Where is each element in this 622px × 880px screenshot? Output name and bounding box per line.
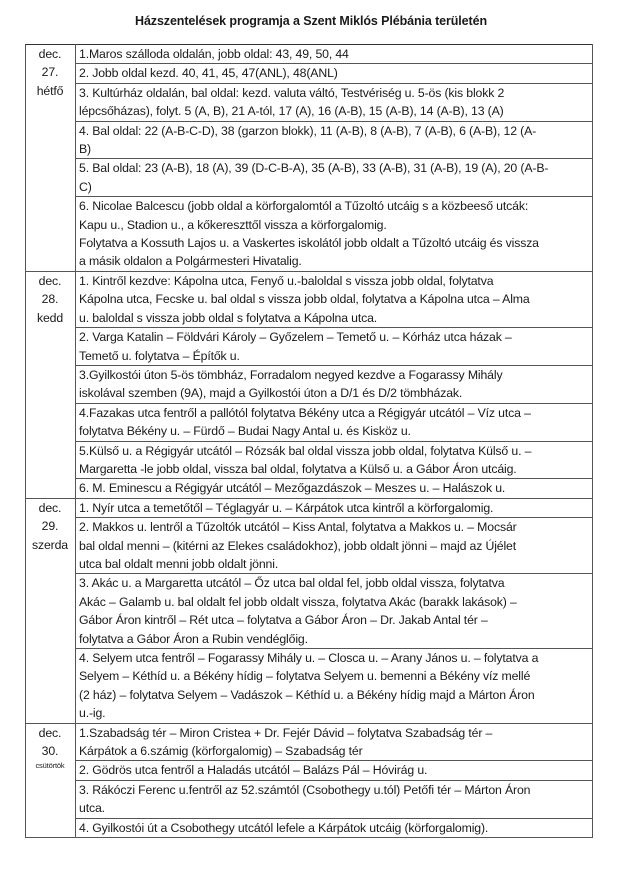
route-item: 6. M. Eminescu a Régigyár utcától – Mező…	[76, 479, 593, 498]
route-line: 1. Nyír utca a temetőtől – Téglagyár u. …	[79, 499, 588, 517]
route-line: lépcsőházas), folyt. 5 (A, B), 21 A-tól,…	[79, 102, 588, 120]
date-day: 30.	[29, 742, 71, 760]
date-month: dec.	[29, 724, 71, 742]
route-item: 5.Külső u. a Régigyár utcától – Rózsák b…	[76, 441, 593, 479]
route-line: Selyem – Kéthíd u. a Békény hídig – foly…	[79, 667, 588, 685]
weekday: hétfő	[29, 82, 71, 100]
schedule-row: 2. Varga Katalin – Földvári Károly – Győ…	[26, 328, 593, 366]
route-line: 1.Szabadság tér – Miron Cristea + Dr. Fe…	[79, 724, 588, 742]
route-item: 6. Nicolae Balcescu (jobb oldal a körfor…	[76, 197, 593, 272]
day-cell: dec.27.hétfő	[26, 45, 76, 272]
route-item: 1. Nyír utca a temetőtől – Téglagyár u. …	[76, 498, 593, 517]
route-line: Margaretta -le jobb oldal, vissza bal ol…	[79, 460, 588, 478]
schedule-row: 5.Külső u. a Régigyár utcától – Rózsák b…	[26, 441, 593, 479]
schedule-row: 3.Gyilkostói úton 5-ös tömbház, Forradal…	[26, 365, 593, 403]
route-item: 3.Gyilkostói úton 5-ös tömbház, Forradal…	[76, 365, 593, 403]
route-item: 2. Makkos u. lentről a Tűzoltók utcától …	[76, 518, 593, 574]
route-line: 2. Gödrös utca fentről a Haladás utcától…	[79, 761, 588, 779]
route-line: 2. Varga Katalin – Földvári Károly – Győ…	[79, 328, 588, 346]
route-line: (2 ház) – folytatva Selyem – Vadászok – …	[79, 686, 588, 704]
route-item: 4. Selyem utca fentről – Fogarassy Mihál…	[76, 649, 593, 724]
route-line: a másik oldalon a Polgármesteri Hivatali…	[79, 252, 588, 270]
route-line: 6. Nicolae Balcescu (jobb oldal a körfor…	[79, 197, 588, 215]
route-line: iskolával szemben (9A), majd a Gyilkostó…	[79, 384, 588, 402]
route-line: 4.Fazakas utca fentről a pallótól folyta…	[79, 404, 588, 422]
route-item: 2. Jobb oldal kezd. 40, 41, 45, 47(ANL),…	[76, 64, 593, 83]
route-item: 1.Szabadság tér – Miron Cristea + Dr. Fe…	[76, 723, 593, 761]
route-item: 2. Varga Katalin – Földvári Károly – Győ…	[76, 328, 593, 366]
schedule-row: 2. Gödrös utca fentről a Haladás utcától…	[26, 761, 593, 780]
route-line: C)	[79, 178, 588, 196]
schedule-row: 3. Kultúrház oldalán, bal oldal: kezd. v…	[26, 83, 593, 121]
route-item: 3. Rákóczi Ferenc u.fentről az 52.számtó…	[76, 780, 593, 818]
schedule-row: 3. Akác u. a Margaretta utcától – Őz utc…	[26, 574, 593, 649]
route-line: Akác – Galamb u. bal oldalt fel jobb old…	[79, 593, 588, 611]
schedule-row: 4. Selyem utca fentről – Fogarassy Mihál…	[26, 649, 593, 724]
schedule-row: 4. Bal oldal: 22 (A-B-C-D), 38 (garzon b…	[26, 121, 593, 159]
day-cell: dec.28.kedd	[26, 271, 76, 498]
route-line: 3. Akác u. a Margaretta utcától – Őz utc…	[79, 574, 588, 592]
route-line: folytatva Békény u. – Fürdő – Budai Nagy…	[79, 422, 588, 440]
route-line: Folytatva a Kossuth Lajos u. a Vaskertes…	[79, 234, 588, 252]
document-title: Házszentelések programja a Szent Miklós …	[0, 14, 622, 28]
route-item: 2. Gödrös utca fentről a Haladás utcától…	[76, 761, 593, 780]
route-line: 3. Rákóczi Ferenc u.fentről az 52.számtó…	[79, 781, 588, 799]
route-line: 1. Kintről kezdve: Kápolna utca, Fenyő u…	[79, 272, 588, 290]
route-line: utca bal oldalt menni jobb oldalt jönni.	[79, 555, 588, 573]
route-line: 5.Külső u. a Régigyár utcától – Rózsák b…	[79, 442, 588, 460]
schedule-table: dec.27.hétfő1.Maros szálloda oldalán, jo…	[25, 44, 593, 838]
schedule-row: 5. Bal oldal: 23 (A-B), 18 (A), 39 (D-C-…	[26, 159, 593, 197]
schedule-row: dec.29.szerda1. Nyír utca a temetőtől – …	[26, 498, 593, 517]
route-item: 4. Bal oldal: 22 (A-B-C-D), 38 (garzon b…	[76, 121, 593, 159]
route-line: u.-ig.	[79, 704, 588, 722]
route-line: Gábor Áron kintről – Rét utca – folytatv…	[79, 611, 588, 629]
route-line: 3. Kultúrház oldalán, bal oldal: kezd. v…	[79, 84, 588, 102]
date-day: 28.	[29, 290, 71, 308]
route-item: 5. Bal oldal: 23 (A-B), 18 (A), 39 (D-C-…	[76, 159, 593, 197]
schedule-row: 2. Makkos u. lentről a Tűzoltók utcától …	[26, 518, 593, 574]
date-day: 29.	[29, 517, 71, 535]
schedule-row: dec.30.csütörtök1.Szabadság tér – Miron …	[26, 723, 593, 761]
route-item: 3. Akác u. a Margaretta utcától – Őz utc…	[76, 574, 593, 649]
schedule-row: 2. Jobb oldal kezd. 40, 41, 45, 47(ANL),…	[26, 64, 593, 83]
route-item: 1. Kintről kezdve: Kápolna utca, Fenyő u…	[76, 271, 593, 327]
route-line: 6. M. Eminescu a Régigyár utcától – Mező…	[79, 479, 588, 497]
route-line: folytatva a Gábor Áron a Rubin vendéglői…	[79, 630, 588, 648]
schedule-row: 6. M. Eminescu a Régigyár utcától – Mező…	[26, 479, 593, 498]
route-item: 1.Maros szálloda oldalán, jobb oldal: 43…	[76, 45, 593, 64]
route-line: 4. Bal oldal: 22 (A-B-C-D), 38 (garzon b…	[79, 122, 588, 140]
route-line: 3.Gyilkostói úton 5-ös tömbház, Forradal…	[79, 366, 588, 384]
route-line: 1.Maros szálloda oldalán, jobb oldal: 43…	[79, 45, 588, 63]
schedule-row: 4. Gyilkostói út a Csobothegy utcától le…	[26, 818, 593, 837]
route-line: u. baloldal s vissza jobb oldal s folyta…	[79, 309, 588, 327]
schedule-body: dec.27.hétfő1.Maros szálloda oldalán, jo…	[26, 45, 593, 838]
schedule-row: dec.27.hétfő1.Maros szálloda oldalán, jo…	[26, 45, 593, 64]
route-line: utca.	[79, 799, 588, 817]
route-item: 4.Fazakas utca fentről a pallótól folyta…	[76, 403, 593, 441]
route-line: 2. Jobb oldal kezd. 40, 41, 45, 47(ANL),…	[79, 64, 588, 82]
date-day: 27.	[29, 63, 71, 81]
date-month: dec.	[29, 272, 71, 290]
schedule-row: 6. Nicolae Balcescu (jobb oldal a körfor…	[26, 197, 593, 272]
route-line: Kápolna utca, Fecske u. bal oldal s viss…	[79, 290, 588, 308]
route-item: 4. Gyilkostói út a Csobothegy utcától le…	[76, 818, 593, 837]
route-line: 2. Makkos u. lentről a Tűzoltók utcától …	[79, 518, 588, 536]
schedule-row: 3. Rákóczi Ferenc u.fentről az 52.számtó…	[26, 780, 593, 818]
day-cell: dec.29.szerda	[26, 498, 76, 723]
date-month: dec.	[29, 499, 71, 517]
date-month: dec.	[29, 45, 71, 63]
weekday: kedd	[29, 309, 71, 327]
route-line: Temető u. folytatva – Építők u.	[79, 347, 588, 365]
route-line: B)	[79, 140, 588, 158]
route-line: Kárpátok a 6.számig (körforgalomig) – Sz…	[79, 742, 588, 760]
route-line: bal oldal menni – (kitérni az Elekes csa…	[79, 537, 588, 555]
route-line: Kapu u., Stadion u., a kőkereszttől viss…	[79, 216, 588, 234]
weekday: szerda	[29, 536, 71, 554]
route-line: 4. Selyem utca fentről – Fogarassy Mihál…	[79, 649, 588, 667]
day-cell: dec.30.csütörtök	[26, 723, 76, 837]
schedule-row: dec.28.kedd1. Kintről kezdve: Kápolna ut…	[26, 271, 593, 327]
weekday: csütörtök	[29, 760, 71, 772]
route-line: 5. Bal oldal: 23 (A-B), 18 (A), 39 (D-C-…	[79, 159, 588, 177]
schedule-row: 4.Fazakas utca fentről a pallótól folyta…	[26, 403, 593, 441]
route-item: 3. Kultúrház oldalán, bal oldal: kezd. v…	[76, 83, 593, 121]
route-line: 4. Gyilkostói út a Csobothegy utcától le…	[79, 819, 588, 837]
